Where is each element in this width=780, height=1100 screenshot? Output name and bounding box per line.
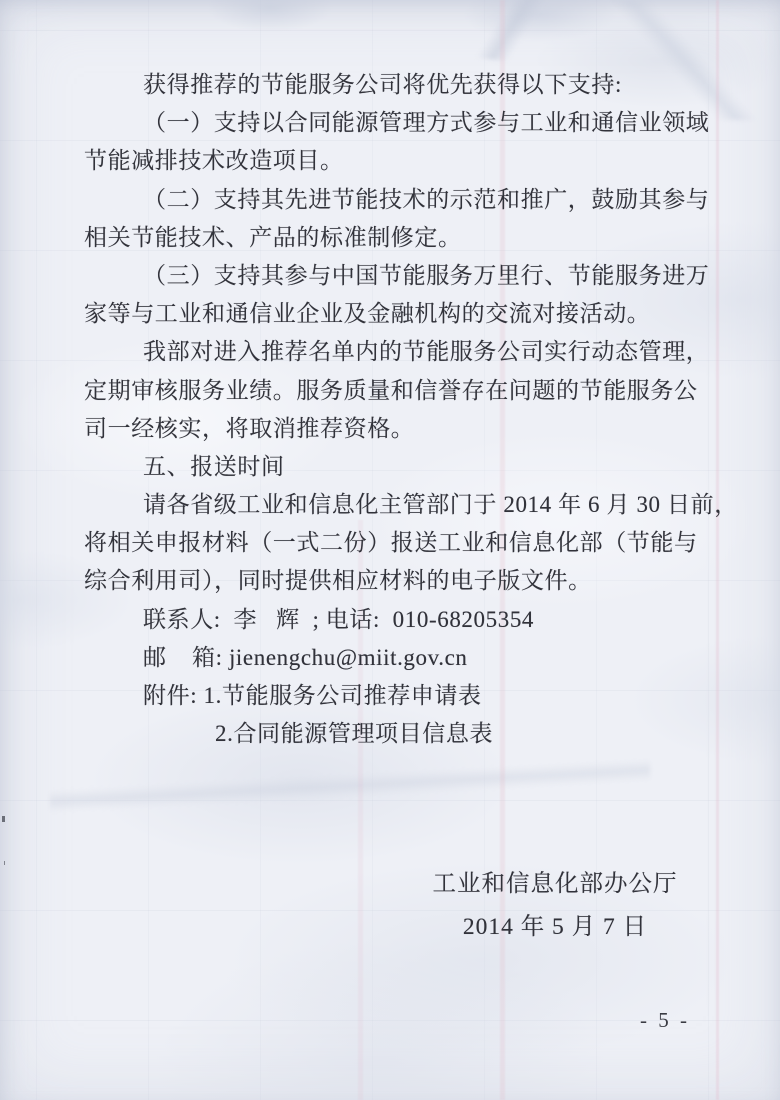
text-line: 请各省级工业和信息化主管部门于 2014 年 6 月 30 日前， bbox=[84, 486, 740, 524]
text-line: （二）支持其先进节能技术的示范和推广，鼓励其参与 bbox=[84, 181, 740, 219]
attachment-line: 2.合同能源管理项目信息表 bbox=[84, 715, 740, 753]
paper-crease bbox=[50, 756, 650, 812]
text-line: 节能减排技术改造项目。 bbox=[84, 142, 740, 180]
text-line: 综合利用司），同时提供相应材料的电子版文件。 bbox=[84, 562, 740, 600]
text-line: （三）支持其参与中国节能服务万里行、节能服务进万 bbox=[84, 257, 740, 295]
text-line: 定期审核服务业绩。服务质量和信誉存在问题的节能服务公 bbox=[84, 372, 740, 410]
text-line: 将相关申报材料（一式二份）报送工业和信息化部（节能与 bbox=[84, 524, 740, 562]
signature-date: 2014 年 5 月 7 日 bbox=[390, 912, 720, 942]
paper-speck bbox=[2, 816, 5, 822]
text-line: 获得推荐的节能服务公司将优先获得以下支持: bbox=[84, 66, 740, 104]
text-line: 司一经核实，将取消推荐资格。 bbox=[84, 410, 740, 448]
text-line: 相关节能技术、产品的标准制修定。 bbox=[84, 219, 740, 257]
scanned-document-page: 获得推荐的节能服务公司将优先获得以下支持: （一）支持以合同能源管理方式参与工业… bbox=[0, 0, 780, 1100]
signature-org: 工业和信息化部办公厅 bbox=[390, 869, 720, 899]
email-line: 邮 箱: jienengchu@miit.gov.cn bbox=[84, 639, 740, 677]
page-number: - 5 - bbox=[640, 1008, 690, 1033]
signature-block: 工业和信息化部办公厅 2014 年 5 月 7 日 bbox=[390, 869, 720, 942]
text-line: （一）支持以合同能源管理方式参与工业和通信业领域 bbox=[84, 104, 740, 142]
attachment-line: 附件: 1.节能服务公司推荐申请表 bbox=[84, 677, 740, 715]
section-heading: 五、报送时间 bbox=[84, 448, 740, 486]
contact-line: 联系人: 李 辉 ; 电话: 010-68205354 bbox=[84, 601, 740, 639]
text-line: 家等与工业和通信业企业及金融机构的交流对接活动。 bbox=[84, 295, 740, 333]
document-body: 获得推荐的节能服务公司将优先获得以下支持: （一）支持以合同能源管理方式参与工业… bbox=[84, 66, 740, 753]
text-line: 我部对进入推荐名单内的节能服务公司实行动态管理， bbox=[84, 333, 740, 371]
